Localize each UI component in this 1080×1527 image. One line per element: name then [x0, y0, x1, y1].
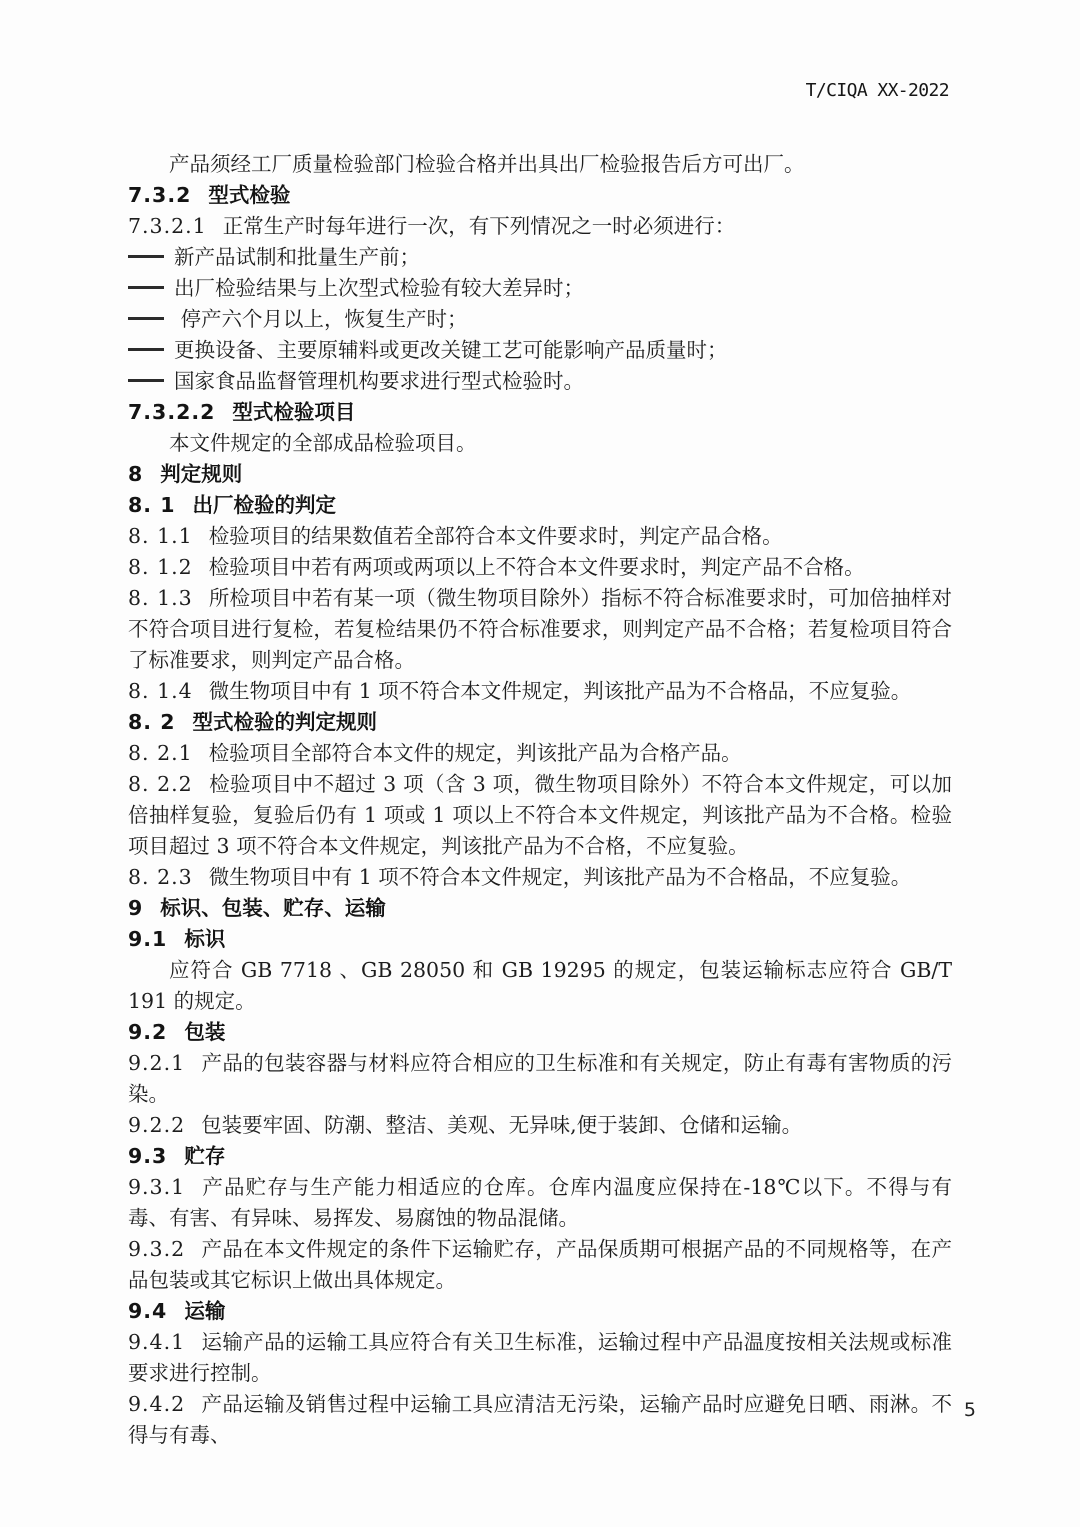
- dash-bullet-icon: [128, 348, 164, 351]
- clause-paragraph: 8. 1.4微生物项目中有 1 项不符合本文件规定，判该批产品为不合格品，不应复…: [128, 676, 952, 707]
- clause-paragraph: 8. 1.3所检项目中若有某一项（微生物项目除外）指标不符合标准要求时，可加倍抽…: [128, 583, 952, 676]
- heading-title: 贮存: [184, 1144, 225, 1168]
- heading-title: 型式检验的判定规则: [192, 710, 377, 734]
- clause-number: 8. 1.4: [128, 676, 193, 707]
- dash-bullet-icon: [128, 255, 164, 258]
- dash-list-item: 新产品试制和批量生产前；: [128, 242, 952, 273]
- clause-number: 7.3.2.1: [128, 211, 207, 242]
- body-paragraph: 应符合 GB 7718 、GB 28050 和 GB 19295 的规定，包装运…: [128, 955, 952, 1017]
- clause-number: 8. 2.3: [128, 862, 193, 893]
- clause-paragraph: 7.3.2.1正常生产时每年进行一次，有下列情况之一时必须进行：: [128, 211, 952, 242]
- clause-number: 9.4.1: [128, 1327, 185, 1358]
- clause-number: 9.4.2: [128, 1389, 185, 1420]
- dash-bullet-icon: [128, 317, 164, 320]
- clause-paragraph: 9.3.1产品贮存与生产能力相适应的仓库。仓库内温度应保持在-18℃以下。不得与…: [128, 1172, 952, 1234]
- document-body: 产品须经工厂质量检验部门检验合格并出具出厂检验报告后方可出厂。7.3.2型式检验…: [128, 149, 952, 1451]
- clause-number: 9.3.1: [128, 1172, 185, 1203]
- heading-number: 7.3.2.2: [128, 397, 215, 428]
- clause-number: 8. 1.2: [128, 552, 193, 583]
- clause-number: 8. 1.3: [128, 583, 193, 614]
- dash-item-text: 国家食品监督管理机构要求进行型式检验时。: [174, 369, 584, 393]
- section-heading: 8. 1出厂检验的判定: [128, 490, 952, 521]
- body-paragraph: 本文件规定的全部成品检验项目。: [128, 428, 952, 459]
- heading-number: 7.3.2: [128, 180, 191, 211]
- clause-paragraph: 8. 1.2检验项目中若有两项或两项以上不符合本文件要求时，判定产品不合格。: [128, 552, 952, 583]
- heading-number: 9.3: [128, 1141, 167, 1172]
- clause-text: 产品贮存与生产能力相适应的仓库。仓库内温度应保持在-18℃以下。不得与有毒、有害…: [128, 1175, 952, 1230]
- dash-item-text: 新产品试制和批量生产前；: [174, 245, 420, 269]
- heading-title: 型式检验项目: [232, 400, 355, 424]
- dash-list-item: 出厂检验结果与上次型式检验有较大差异时；: [128, 273, 952, 304]
- clause-paragraph: 8. 2.1检验项目全部符合本文件的规定，判该批产品为合格产品。: [128, 738, 952, 769]
- clause-paragraph: 9.2.2包装要牢固、防潮、整洁、美观、无异味,便于装卸、仓储和运输。: [128, 1110, 952, 1141]
- clause-number: 8. 1.1: [128, 521, 193, 552]
- page-number: 5: [964, 1399, 976, 1421]
- clause-text: 微生物项目中有 1 项不符合本文件规定，判该批产品为不合格品，不应复验。: [209, 865, 912, 889]
- clause-text: 检验项目全部符合本文件的规定，判该批产品为合格产品。: [209, 741, 742, 765]
- clause-paragraph: 8. 1.1检验项目的结果数值若全部符合本文件要求时，判定产品合格。: [128, 521, 952, 552]
- heading-number: 8. 1: [128, 490, 175, 521]
- heading-title: 标识: [184, 927, 225, 951]
- dash-list-item: 国家食品监督管理机构要求进行型式检验时。: [128, 366, 952, 397]
- heading-number: 9.1: [128, 924, 167, 955]
- section-heading: 9.1标识: [128, 924, 952, 955]
- clause-text: 所检项目中若有某一项（微生物项目除外）指标不符合标准要求时，可加倍抽样对不符合项…: [128, 586, 952, 672]
- clause-text: 产品的包装容器与材料应符合相应的卫生标准和有关规定，防止有毒有害物质的污染。: [128, 1051, 952, 1106]
- clause-text: 检验项目中不超过 3 项（含 3 项，微生物项目除外）不符合本文件规定，可以加倍…: [128, 772, 952, 858]
- section-heading: 9.4运输: [128, 1296, 952, 1327]
- clause-text: 微生物项目中有 1 项不符合本文件规定，判该批产品为不合格品，不应复验。: [209, 679, 912, 703]
- dash-item-text: 更换设备、主要原辅料或更改关键工艺可能影响产品质量时；: [174, 338, 728, 362]
- heading-title: 型式检验: [208, 183, 290, 207]
- body-paragraph: 产品须经工厂质量检验部门检验合格并出具出厂检验报告后方可出厂。: [128, 149, 952, 180]
- heading-number: 9.2: [128, 1017, 167, 1048]
- dash-item-text: 出厂检验结果与上次型式检验有较大差异时；: [174, 276, 584, 300]
- heading-title: 出厂检验的判定: [192, 493, 336, 517]
- section-heading: 9标识、包装、贮存、运输: [128, 893, 952, 924]
- clause-paragraph: 9.2.1产品的包装容器与材料应符合相应的卫生标准和有关规定，防止有毒有害物质的…: [128, 1048, 952, 1110]
- section-heading: 8. 2型式检验的判定规则: [128, 707, 952, 738]
- heading-number: 9.4: [128, 1296, 167, 1327]
- dash-bullet-icon: [128, 379, 164, 382]
- clause-number: 9.2.1: [128, 1048, 185, 1079]
- clause-text: 包装要牢固、防潮、整洁、美观、无异味,便于装卸、仓储和运输。: [201, 1113, 802, 1137]
- heading-title: 标识、包装、贮存、运输: [160, 896, 386, 920]
- heading-number: 8: [128, 459, 143, 490]
- clause-paragraph: 9.4.2产品运输及销售过程中运输工具应清洁无污染，运输产品时应避免日晒、雨淋。…: [128, 1389, 952, 1451]
- heading-number: 8. 2: [128, 707, 175, 738]
- clause-number: 9.3.2: [128, 1234, 185, 1265]
- clause-text: 运输产品的运输工具应符合有关卫生标准，运输过程中产品温度按相关法规或标准要求进行…: [128, 1330, 952, 1385]
- dash-item-text: 停产六个月以上，恢复生产时；: [174, 307, 468, 331]
- document-page: T/CIQA XX-2022 产品须经工厂质量检验部门检验合格并出具出厂检验报告…: [0, 0, 1080, 1527]
- clause-text: 产品运输及销售过程中运输工具应清洁无污染，运输产品时应避免日晒、雨淋。不得与有毒…: [128, 1392, 952, 1447]
- clause-number: 8. 2.1: [128, 738, 193, 769]
- heading-number: 9: [128, 893, 143, 924]
- document-code: T/CIQA XX-2022: [806, 80, 949, 101]
- dash-list-item: 停产六个月以上，恢复生产时；: [128, 304, 952, 335]
- dash-list-item: 更换设备、主要原辅料或更改关键工艺可能影响产品质量时；: [128, 335, 952, 366]
- clause-text: 检验项目中若有两项或两项以上不符合本文件要求时，判定产品不合格。: [209, 555, 865, 579]
- section-heading: 7.3.2型式检验: [128, 180, 952, 211]
- clause-text: 产品在本文件规定的条件下运输贮存，产品保质期可根据产品的不同规格等，在产品包装或…: [128, 1237, 952, 1292]
- clause-text: 检验项目的结果数值若全部符合本文件要求时，判定产品合格。: [209, 524, 783, 548]
- heading-title: 判定规则: [160, 462, 242, 486]
- clause-number: 9.2.2: [128, 1110, 185, 1141]
- heading-title: 运输: [184, 1299, 225, 1323]
- clause-text: 正常生产时每年进行一次，有下列情况之一时必须进行：: [223, 214, 736, 238]
- section-heading: 9.2包装: [128, 1017, 952, 1048]
- dash-bullet-icon: [128, 286, 164, 289]
- heading-title: 包装: [184, 1020, 225, 1044]
- section-heading: 7.3.2.2型式检验项目: [128, 397, 952, 428]
- clause-paragraph: 9.3.2产品在本文件规定的条件下运输贮存，产品保质期可根据产品的不同规格等，在…: [128, 1234, 952, 1296]
- clause-paragraph: 8. 2.3微生物项目中有 1 项不符合本文件规定，判该批产品为不合格品，不应复…: [128, 862, 952, 893]
- section-heading: 8判定规则: [128, 459, 952, 490]
- clause-number: 8. 2.2: [128, 769, 193, 800]
- section-heading: 9.3贮存: [128, 1141, 952, 1172]
- clause-paragraph: 9.4.1运输产品的运输工具应符合有关卫生标准，运输过程中产品温度按相关法规或标…: [128, 1327, 952, 1389]
- clause-paragraph: 8. 2.2检验项目中不超过 3 项（含 3 项，微生物项目除外）不符合本文件规…: [128, 769, 952, 862]
